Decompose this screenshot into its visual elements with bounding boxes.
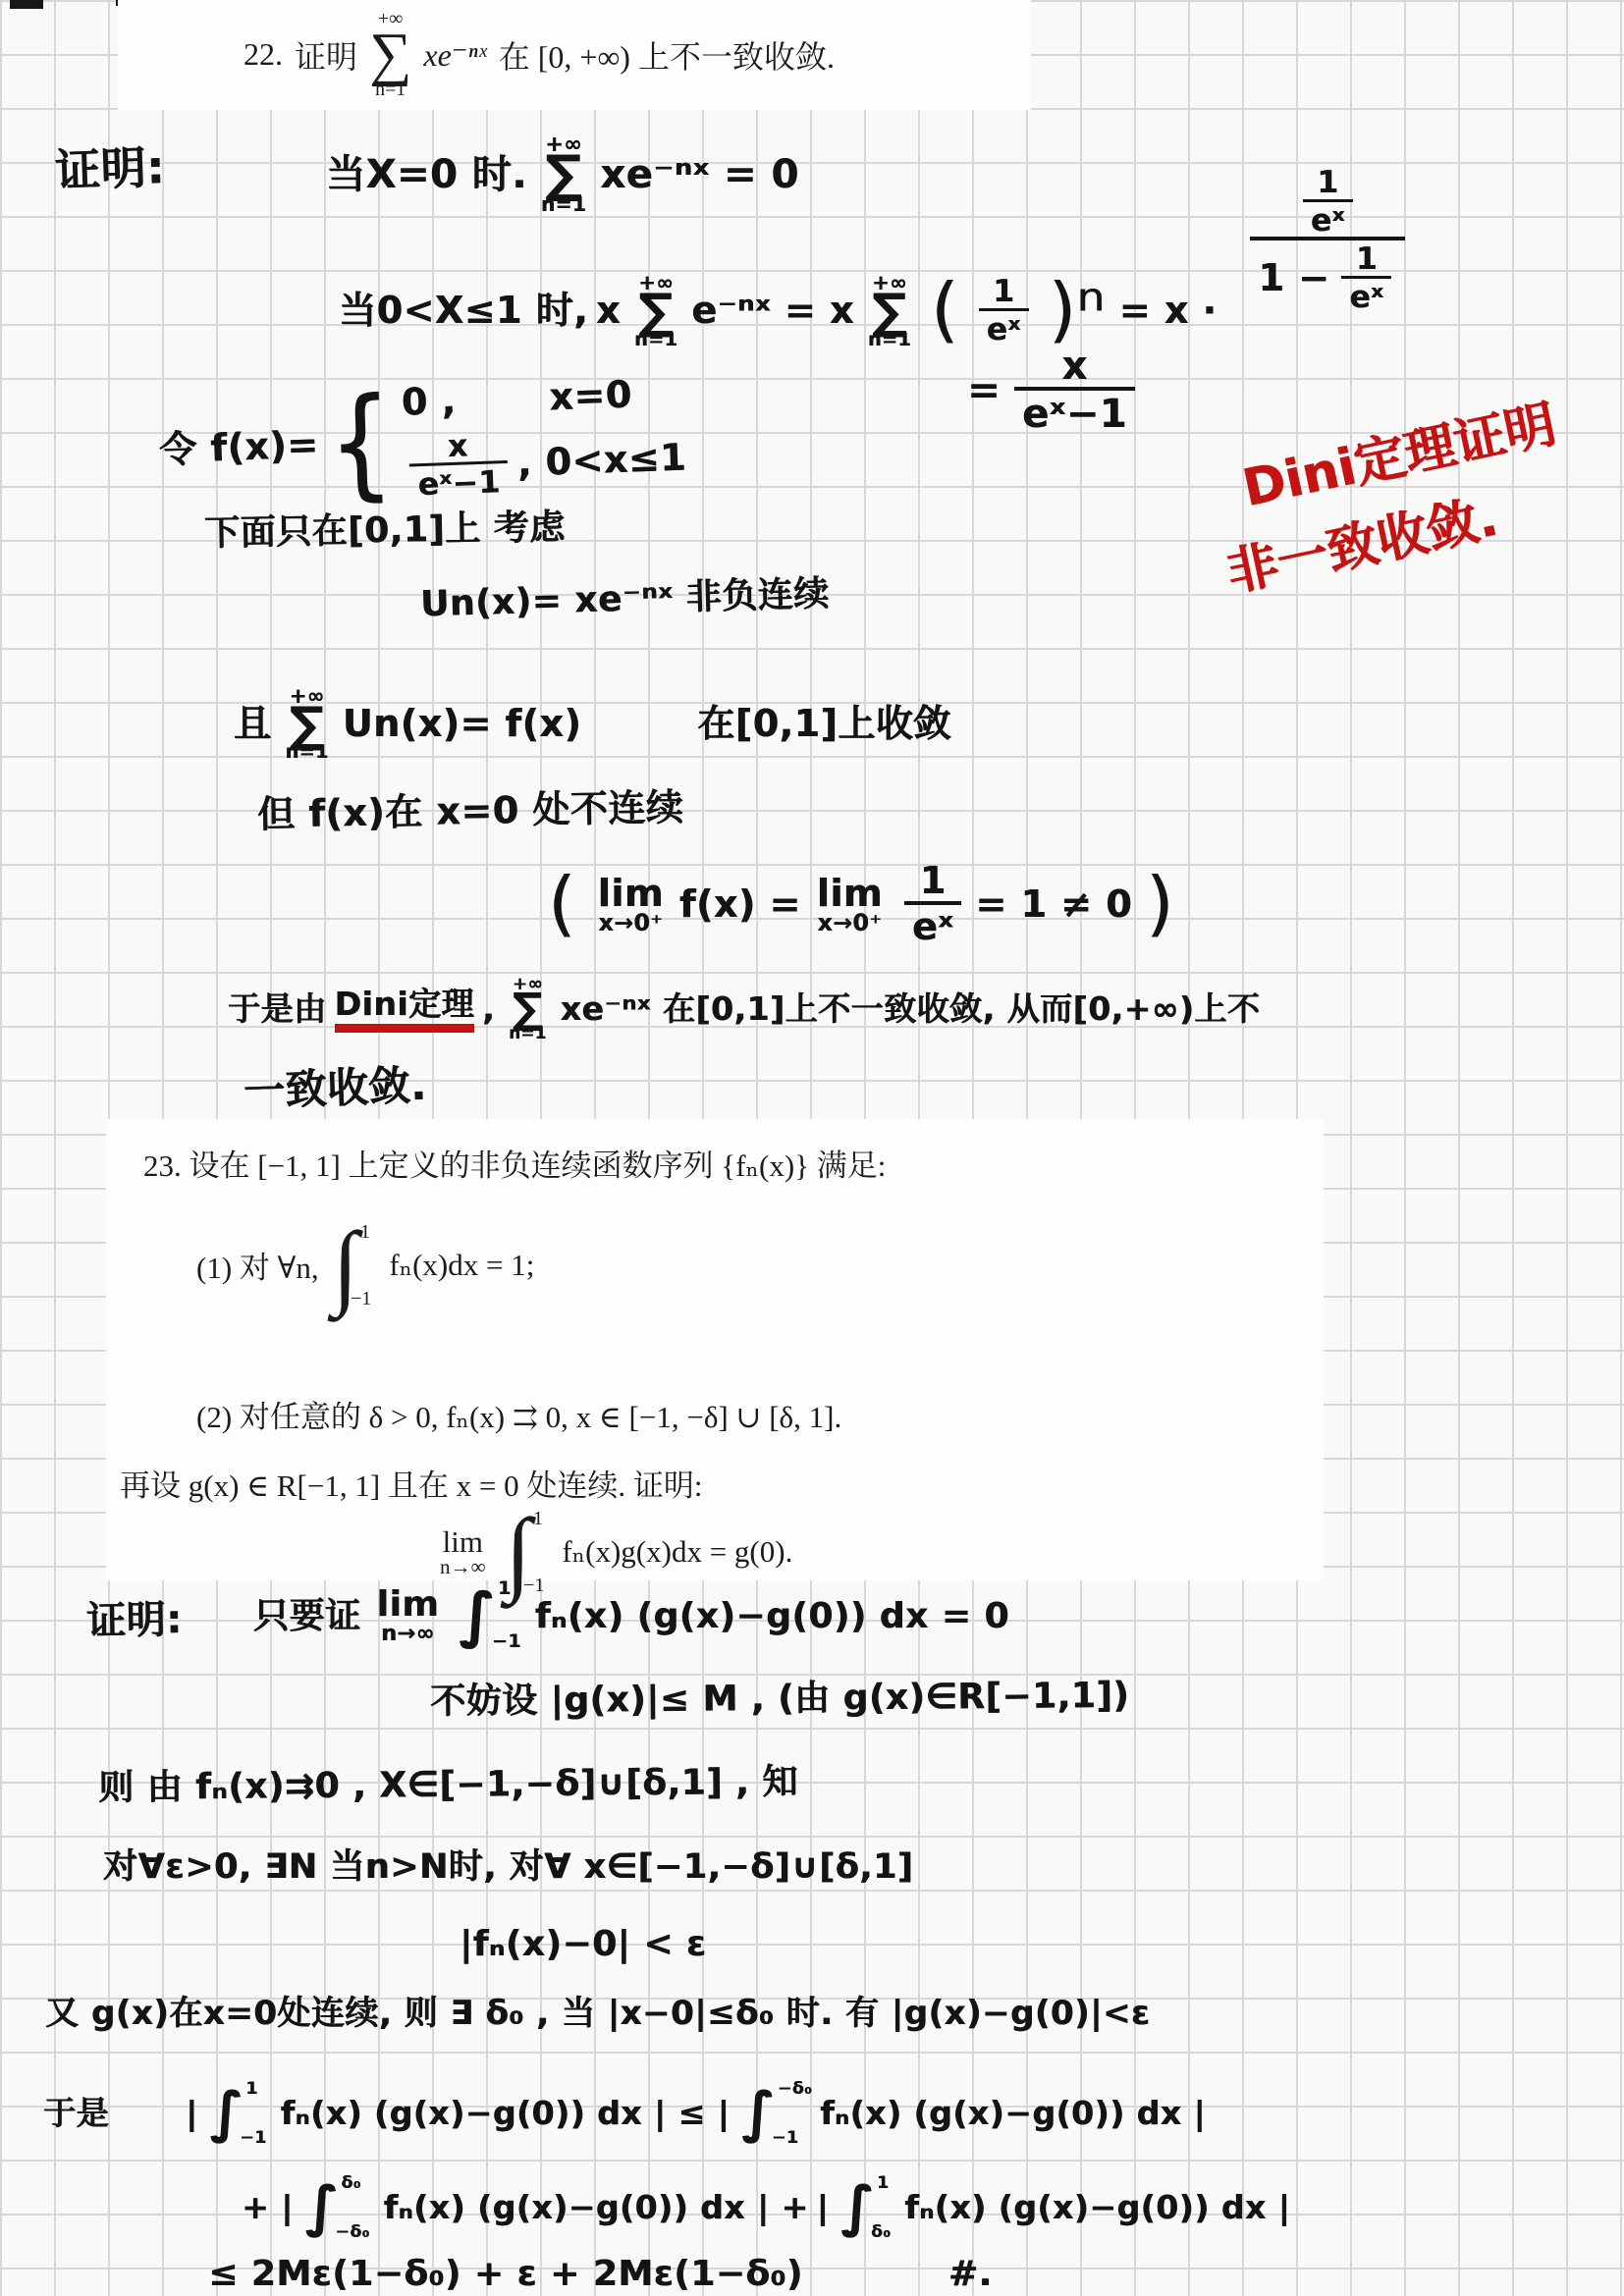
problem-22-lead: 证明	[295, 32, 357, 78]
qed-mark: #.	[948, 2254, 993, 2294]
integral-symbol: ∫ −δ₀ −1	[741, 2083, 808, 2145]
integral-symbol: ∫ 1 −1	[333, 1225, 376, 1306]
fraction-1-over-ex: 1 eˣ	[1341, 243, 1391, 313]
integral-symbol: ∫ 1 δ₀	[840, 2177, 893, 2239]
sum-symbol: +∞ ∑ n=1	[634, 274, 677, 347]
open-paren: (	[548, 877, 576, 934]
fraction-1-over-ex: 1 eˣ	[1303, 167, 1353, 237]
limit-symbol: lim n→∞	[377, 1587, 440, 1644]
problem-23-setup: 再设 g(x) ∈ R[−1, 1] 且在 x = 0 处连续. 证明:	[120, 1461, 703, 1505]
close-paren: )ⁿ	[1049, 283, 1106, 340]
proof-22-label: 证明:	[54, 141, 166, 197]
proof-22-line-6: 且 +∞ ∑ n=1 Un(x)= f(x) 在[0,1]上收敛	[234, 687, 951, 761]
integral-symbol: ∫ δ₀ −δ₀	[305, 2177, 372, 2239]
printed-sum-symbol: +∞ ∑ n=1	[369, 10, 411, 99]
proof-22-limit-line: ( lim x→0⁺ f(x) = lim x→0⁺ 1 eˣ = 1 ≠ 0 …	[542, 862, 1180, 947]
fraction-x-over-ex-minus-1: x eˣ−1	[1014, 346, 1135, 435]
problem-22-statement: 22. 证明 +∞ ∑ n=1 xe⁻ⁿˣ 在 [0, +∞) 上不一致收敛.	[118, 0, 1031, 110]
proof-23-line-5: |fₙ(x)−0| < ε	[460, 1924, 706, 1964]
proof-22-line-4: 下面只在[0,1]上 考虑	[204, 507, 566, 555]
sum-symbol: +∞ ∑ n=1	[868, 274, 911, 347]
sum-symbol: +∞ ∑ n=1	[541, 135, 586, 213]
proof-22-conclusion-end: 一致收敛.	[243, 1062, 427, 1116]
fraction-big-result: 1 eˣ 1 − 1 eˣ	[1250, 167, 1405, 314]
proof-22-line-3-result: = x eˣ−1	[967, 346, 1141, 435]
close-paren: )	[1146, 877, 1174, 934]
open-paren: (	[931, 283, 959, 340]
proof-22-line-7: 但 f(x)在 x=0 处不连续	[257, 786, 684, 836]
integral-symbol: ∫ 1 −1	[459, 1582, 523, 1649]
red-margin-note: Dini定理证明 非一致收敛.	[1203, 386, 1580, 614]
proof-23-inequality-line-2: + | ∫ δ₀ −δ₀ fₙ(x) (g(x)−g(0)) dx | + | …	[242, 2177, 1290, 2239]
limit-symbol: lim x→0⁺	[817, 875, 883, 935]
proof-22-line-1: 当X=0 时. +∞ ∑ n=1 xe⁻ⁿˣ = 0	[326, 135, 799, 213]
limit-symbol: lim n→∞	[440, 1526, 486, 1577]
proof-23-line-3: 则 由 fₙ(x)⇉0 , X∈[−1,−δ]∪[δ,1] , 知	[98, 1762, 798, 1809]
proof-22-piecewise-definition: 令 f(x)= { 0 , x=0 x eˣ−1 , 0<x≤1	[157, 372, 687, 511]
sum-symbol: +∞ ∑ n=1	[509, 977, 547, 1041]
integral-symbol: ∫ 1 −1	[210, 2083, 269, 2145]
proof-22-conclusion-line: 于是由 Dini定理 , +∞ ∑ n=1 xe⁻ⁿˣ 在[0,1]上不一致收敛…	[228, 977, 1260, 1041]
proof-23-line-6: 又 g(x)在x=0处连续, 则 ∃ δ₀ , 当 |x−0|≤δ₀ 时. 有 …	[45, 1995, 1150, 2033]
problem-22-tail: 在 [0, +∞) 上不一致收敛.	[499, 32, 835, 78]
proof-22-line-2: 当0<X≤1 时, x +∞ ∑ n=1 e⁻ⁿˣ = x +∞ ∑ n=1 (…	[339, 238, 1411, 385]
scan-edge-mark	[10, 0, 43, 9]
proof-23-final-bound: ≤ 2Mε(1−δ₀) + ε + 2Mε(1−δ₀) #.	[208, 2254, 993, 2294]
proof-23-inequality-line-1: 于是 | ∫ 1 −1 fₙ(x) (g(x)−g(0)) dx | ≤ | ∫…	[43, 2083, 1206, 2145]
proof-23-line-4: 对∀ε>0, ∃N 当n>N时, 对∀ x∈[−1,−δ]∪[δ,1]	[103, 1847, 913, 1887]
limit-symbol: lim x→0⁺	[598, 875, 664, 935]
sum-symbol: +∞ ∑ n=1	[286, 687, 329, 761]
problem-23-statement: 23. 设在 [−1, 1] 上定义的非负连续函数序列 {fₙ(x)} 满足: …	[106, 1119, 1324, 1580]
notebook-page: 22. 证明 +∞ ∑ n=1 xe⁻ⁿˣ 在 [0, +∞) 上不一致收敛. …	[0, 0, 1624, 2296]
brace: {	[327, 391, 395, 496]
dini-theorem-underlined: Dini定理	[335, 986, 475, 1033]
proof-23-line-1: 只要证 lim n→∞ ∫ 1 −1 fₙ(x) (g(x)−g(0)) dx …	[253, 1582, 1009, 1649]
problem-23-condition-1: (1) 对 ∀n, ∫ 1 −1 fₙ(x)dx = 1;	[196, 1225, 534, 1306]
fraction-1-over-ex: 1 eˣ	[979, 276, 1029, 346]
proof-23-label: 证明:	[86, 1597, 183, 1644]
fraction-1-over-ex: 1 eˣ	[904, 862, 961, 947]
problem-23-condition-2: (2) 对任意的 δ > 0, fₙ(x) ⇉ 0, x ∈ [−1, −δ] …	[196, 1392, 841, 1436]
proof-22-line-5: Un(x)= xe⁻ⁿˣ 非负连续	[420, 574, 831, 625]
fraction-x-over-ex-minus-1: x eˣ−1	[408, 429, 509, 503]
problem-22-number: 22.	[244, 36, 283, 73]
problem-22-series-body: xe⁻ⁿˣ	[423, 36, 486, 74]
proof-23-line-2: 不妨设 |g(x)|≤ M , (由 g(x)∈R[−1,1])	[430, 1676, 1130, 1723]
problem-23-intro: 23. 设在 [−1, 1] 上定义的非负连续函数序列 {fₙ(x)} 满足:	[143, 1141, 886, 1185]
